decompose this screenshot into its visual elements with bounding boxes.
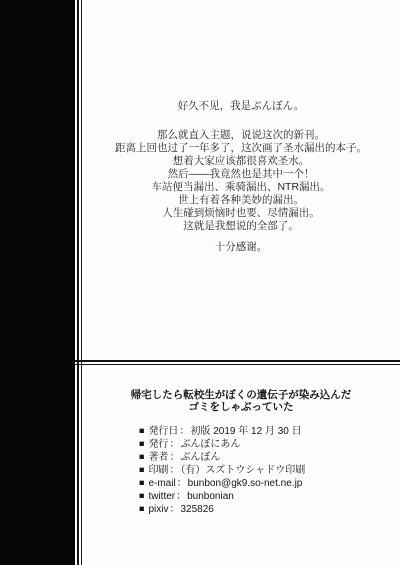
colophon-value: 初版 2019 年 12 月 30 日: [190, 426, 301, 437]
colophon-label: pixiv: [148, 504, 168, 515]
colophon-separator: ：: [179, 426, 189, 437]
square-bullet-icon: ■: [139, 425, 144, 438]
book-title-line-2: ゴミをしゃぶっていた: [82, 402, 400, 414]
colophon-item-publish-date: ■発行日：初版 2019 年 12 月 30 日: [139, 425, 305, 438]
colophon-separator: ：: [169, 504, 179, 515]
colophon-item-pixiv: ■pixiv：325826: [139, 503, 305, 516]
vertical-rule-outer: [77, 0, 79, 565]
colophon-separator: ：: [169, 452, 179, 463]
afterword-line: 车站便当漏出、乘骑漏出、NTR漏出。: [82, 181, 400, 194]
colophon-label: 著者: [148, 452, 168, 463]
vertical-rule-inner: [81, 0, 82, 565]
colophon-item-author: ■著者：ぶんぼん: [139, 451, 305, 464]
colophon-label: twitter: [148, 491, 175, 502]
colophon-value: bunbon@gk9.so-net.ne.jp: [188, 478, 303, 489]
colophon-item-printer: ■印刷：（有）スズトウシャドウ印刷: [139, 464, 305, 477]
square-bullet-icon: ■: [139, 438, 144, 451]
colophon-value: bunbonian: [187, 491, 234, 502]
horizontal-rule-lower: [75, 364, 400, 365]
left-black-panel: [0, 0, 75, 565]
colophon-separator: ：: [177, 478, 187, 489]
colophon-separator: ：: [169, 439, 179, 450]
colophon-value: 325826: [180, 504, 213, 515]
afterword-greeting: 好久不见，我是ぶんぼん。: [82, 100, 400, 113]
book-title: 帰宅したら転校生がぼくの遺伝子が染み込んだ ゴミをしゃぶっていた: [82, 390, 400, 413]
afterword-thanks: 十分感谢。: [82, 241, 400, 254]
colophon-item-publisher: ■発行：ぶんぼにあん: [139, 438, 305, 451]
afterword-text-block: 好久不见，我是ぶんぼん。 那么就直入主题，说说这次的新刊。 距离上回也过了一年多…: [82, 100, 400, 254]
colophon-item-twitter: ■twitter：bunbonian: [139, 490, 305, 503]
colophon-value: ぶんぼにあん: [180, 439, 240, 450]
book-title-line-1: 帰宅したら転校生がぼくの遺伝子が染み込んだ: [82, 390, 400, 402]
square-bullet-icon: ■: [139, 464, 144, 477]
afterword-line: 然后——我竟然也是其中一个！: [82, 168, 400, 181]
colophon-label: 発行: [148, 439, 168, 450]
horizontal-rule-upper: [75, 360, 400, 362]
afterword-line: 人生碰到烦恼时也要、尽情漏出。: [82, 207, 400, 220]
square-bullet-icon: ■: [139, 477, 144, 490]
colophon-value: （有）スズトウシャドウ印刷: [180, 465, 305, 476]
colophon-list: ■発行日：初版 2019 年 12 月 30 日 ■発行：ぶんぼにあん ■著者：…: [139, 425, 305, 516]
square-bullet-icon: ■: [139, 490, 144, 503]
afterword-line: 那么就直入主题，说说这次的新刊。: [82, 129, 400, 142]
colophon-label: 印刷: [148, 465, 168, 476]
colophon-label: 発行日: [148, 426, 178, 437]
afterword-line: 距离上回也过了一年多了，这次画了圣水漏出的本子。: [82, 142, 400, 155]
colophon-value: ぶんぼん: [180, 452, 220, 463]
afterword-line: 世上有着各种美妙的漏出。: [82, 194, 400, 207]
afterword-body: 那么就直入主题，说说这次的新刊。 距离上回也过了一年多了，这次画了圣水漏出的本子…: [82, 129, 400, 233]
colophon-label: e-mail: [148, 478, 175, 489]
square-bullet-icon: ■: [139, 451, 144, 464]
colophon-item-email: ■e-mail：bunbon@gk9.so-net.ne.jp: [139, 477, 305, 490]
afterword-line: 这就是我想说的全部了。: [82, 220, 400, 233]
afterword-line: 想着大家应该都很喜欢圣水。: [82, 155, 400, 168]
colophon-separator: ：: [169, 465, 179, 476]
colophon-separator: ：: [176, 491, 186, 502]
square-bullet-icon: ■: [139, 503, 144, 516]
